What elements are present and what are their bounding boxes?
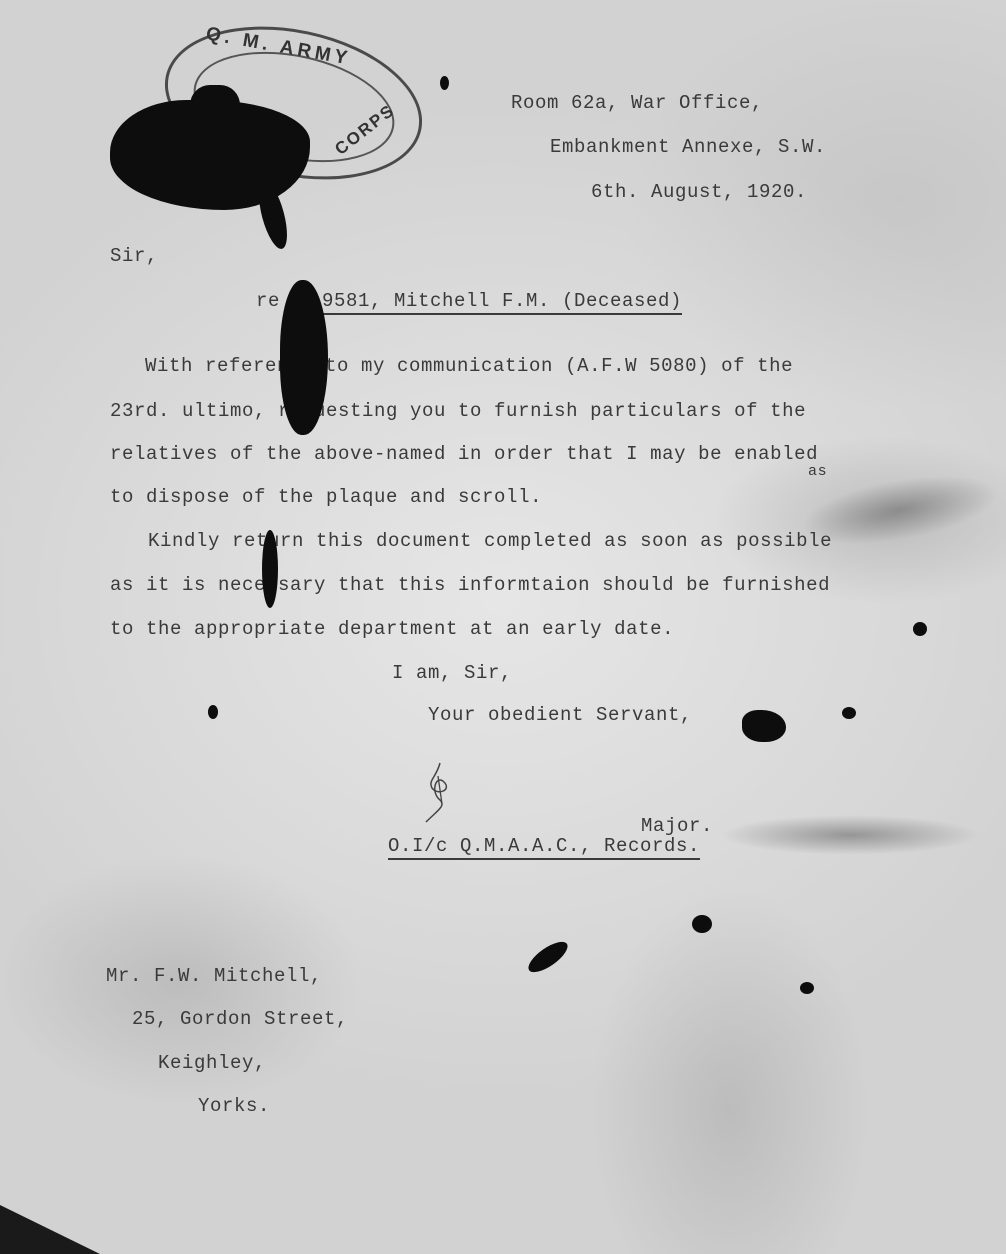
sender-address-line: Room 62a, War Office, bbox=[511, 92, 763, 114]
ink-blot bbox=[262, 530, 278, 608]
closing-line: Your obedient Servant, bbox=[428, 704, 692, 726]
recipient-address-line: Mr. F.W. Mitchell, bbox=[106, 965, 322, 987]
recipient-address-line: Yorks. bbox=[198, 1095, 270, 1117]
body-line: relatives of the above-named in order th… bbox=[110, 443, 818, 465]
ink-blot bbox=[800, 982, 814, 994]
subject-line: 9581, Mitchell F.M. (Deceased) bbox=[322, 290, 682, 315]
ink-blot bbox=[440, 76, 449, 90]
ink-blot bbox=[913, 622, 927, 636]
body-line: to the appropriate department at an earl… bbox=[110, 618, 674, 640]
signature-title: O.I/c Q.M.A.A.C., Records. bbox=[388, 835, 700, 860]
ink-blot bbox=[742, 710, 786, 742]
subject-prefix: re bbox=[256, 290, 280, 312]
ink-blot bbox=[280, 280, 328, 435]
folded-corner bbox=[0, 1205, 100, 1254]
ink-blot bbox=[208, 705, 218, 719]
ink-blot bbox=[190, 85, 240, 135]
salutation: Sir, bbox=[110, 245, 158, 267]
letter-date: 6th. August, 1920. bbox=[591, 181, 807, 203]
ink-blot bbox=[692, 915, 712, 933]
body-line: to dispose of the plaque and scroll. bbox=[110, 486, 542, 508]
body-line: as it is necessary that this informtaion… bbox=[110, 574, 830, 596]
signature-mark bbox=[418, 758, 468, 828]
ink-blot bbox=[842, 707, 856, 719]
sender-address-line: Embankment Annexe, S.W. bbox=[550, 136, 826, 158]
recipient-address-line: Keighley, bbox=[158, 1052, 266, 1074]
closing-line: I am, Sir, bbox=[392, 662, 512, 684]
body-line: Kindly return this document completed as… bbox=[148, 530, 832, 552]
ink-smudge bbox=[720, 815, 980, 855]
recipient-address-line: 25, Gordon Street, bbox=[132, 1008, 348, 1030]
body-line: 23rd. ultimo, requesting you to furnish … bbox=[110, 400, 806, 422]
signature-rank: Major. bbox=[641, 815, 713, 837]
interlineation: as bbox=[808, 463, 827, 480]
body-line: With reference to my communication (A.F.… bbox=[145, 355, 793, 377]
